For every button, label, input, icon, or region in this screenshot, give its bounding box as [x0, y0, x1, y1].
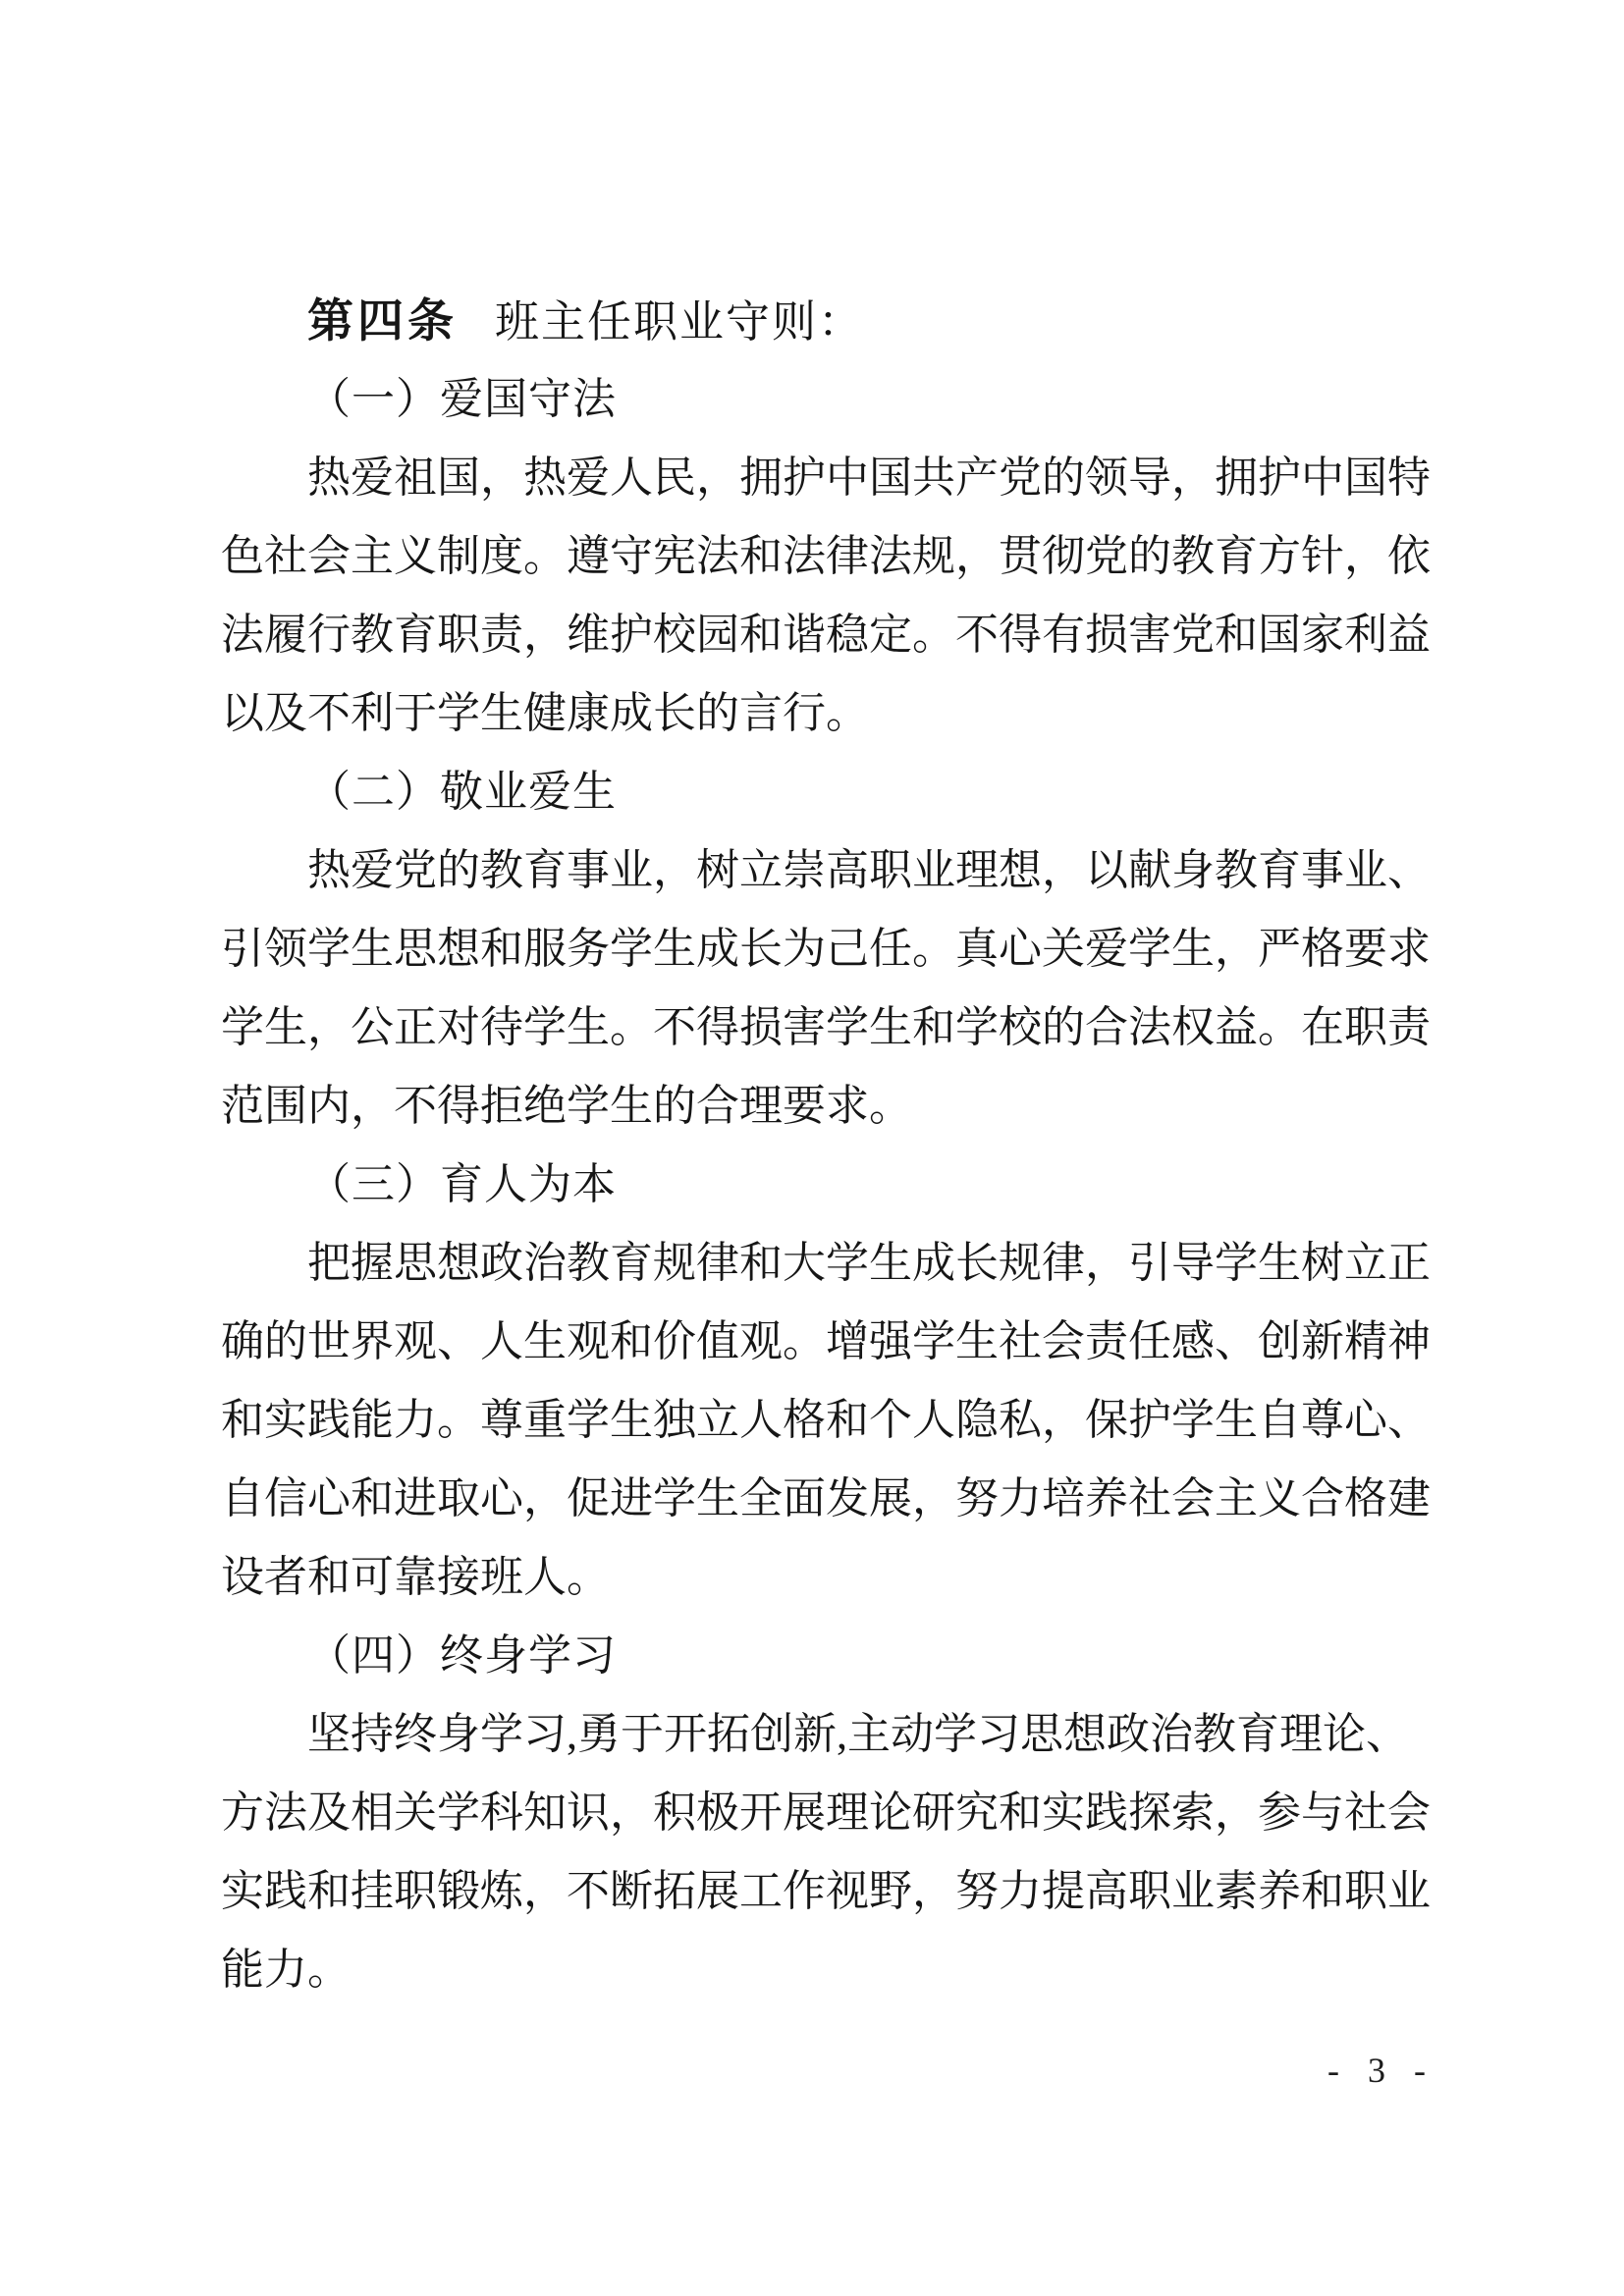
paragraph-line: 和实践能力。尊重学生独立人格和个人隐私，保护学生自尊心、 [221, 1381, 1429, 1460]
document-content: 第四条班主任职业守则： （一）爱国守法 热爱祖国，热爱人民，拥护中国共产党的领导… [221, 282, 1429, 2009]
document-page: 第四条班主任职业守则： （一）爱国守法 热爱祖国，热爱人民，拥护中国共产党的领导… [0, 0, 1624, 2296]
paragraph-line: 方法及相关学科知识，积极开展理论研究和实践探索，参与社会 [221, 1774, 1429, 1852]
paragraph-line: 学生，公正对待学生。不得损害学生和学校的合法权益。在职责 [221, 988, 1429, 1067]
page-number: - 3 - [1327, 2050, 1435, 2091]
section-4: （四）终身学习 坚持终身学习,勇于开拓创新,主动学习思想政治教育理论、 方法及相… [221, 1617, 1429, 2009]
paragraph-line: 以及不利于学生健康成长的言行。 [221, 674, 1429, 753]
article-title-text: 班主任职业守则： [495, 297, 864, 347]
paragraph-line: 热爱祖国，热爱人民，拥护中国共产党的领导，拥护中国特 [221, 439, 1429, 517]
paragraph-line: 法履行教育职责，维护校园和谐稳定。不得有损害党和国家利益 [221, 596, 1429, 674]
paragraph-line: 设者和可靠接班人。 [221, 1538, 1429, 1617]
paragraph-line: 确的世界观、人生观和价值观。增强学生社会责任感、创新精神 [221, 1303, 1429, 1381]
paragraph-line: 能力。 [221, 1931, 1429, 2009]
paragraph-line: 把握思想政治教育规律和大学生成长规律，引导学生树立正 [221, 1224, 1429, 1303]
section-2-heading: （二）敬业爱生 [221, 753, 1429, 831]
section-1-heading: （一）爱国守法 [221, 360, 1429, 439]
section-3: （三）育人为本 把握思想政治教育规律和大学生成长规律，引导学生树立正 确的世界观… [221, 1146, 1429, 1617]
paragraph-line: 坚持终身学习,勇于开拓创新,主动学习思想政治教育理论、 [221, 1695, 1429, 1774]
paragraph-line: 热爱党的教育事业，树立崇高职业理想，以献身教育事业、 [221, 831, 1429, 910]
article-title-line: 第四条班主任职业守则： [221, 282, 1429, 360]
section-3-heading: （三）育人为本 [221, 1146, 1429, 1224]
paragraph-line: 实践和挂职锻炼，不断拓展工作视野，努力提高职业素养和职业 [221, 1852, 1429, 1931]
section-4-heading: （四）终身学习 [221, 1617, 1429, 1695]
paragraph-line: 范围内，不得拒绝学生的合理要求。 [221, 1067, 1429, 1146]
paragraph-line: 引领学生思想和服务学生成长为己任。真心关爱学生，严格要求 [221, 910, 1429, 988]
paragraph-line: 色社会主义制度。遵守宪法和法律法规，贯彻党的教育方针，依 [221, 517, 1429, 596]
article-number: 第四条 [307, 294, 458, 347]
section-1: （一）爱国守法 热爱祖国，热爱人民，拥护中国共产党的领导，拥护中国特 色社会主义… [221, 360, 1429, 753]
section-2: （二）敬业爱生 热爱党的教育事业，树立崇高职业理想，以献身教育事业、 引领学生思… [221, 753, 1429, 1146]
paragraph-line: 自信心和进取心，促进学生全面发展，努力培养社会主义合格建 [221, 1460, 1429, 1538]
